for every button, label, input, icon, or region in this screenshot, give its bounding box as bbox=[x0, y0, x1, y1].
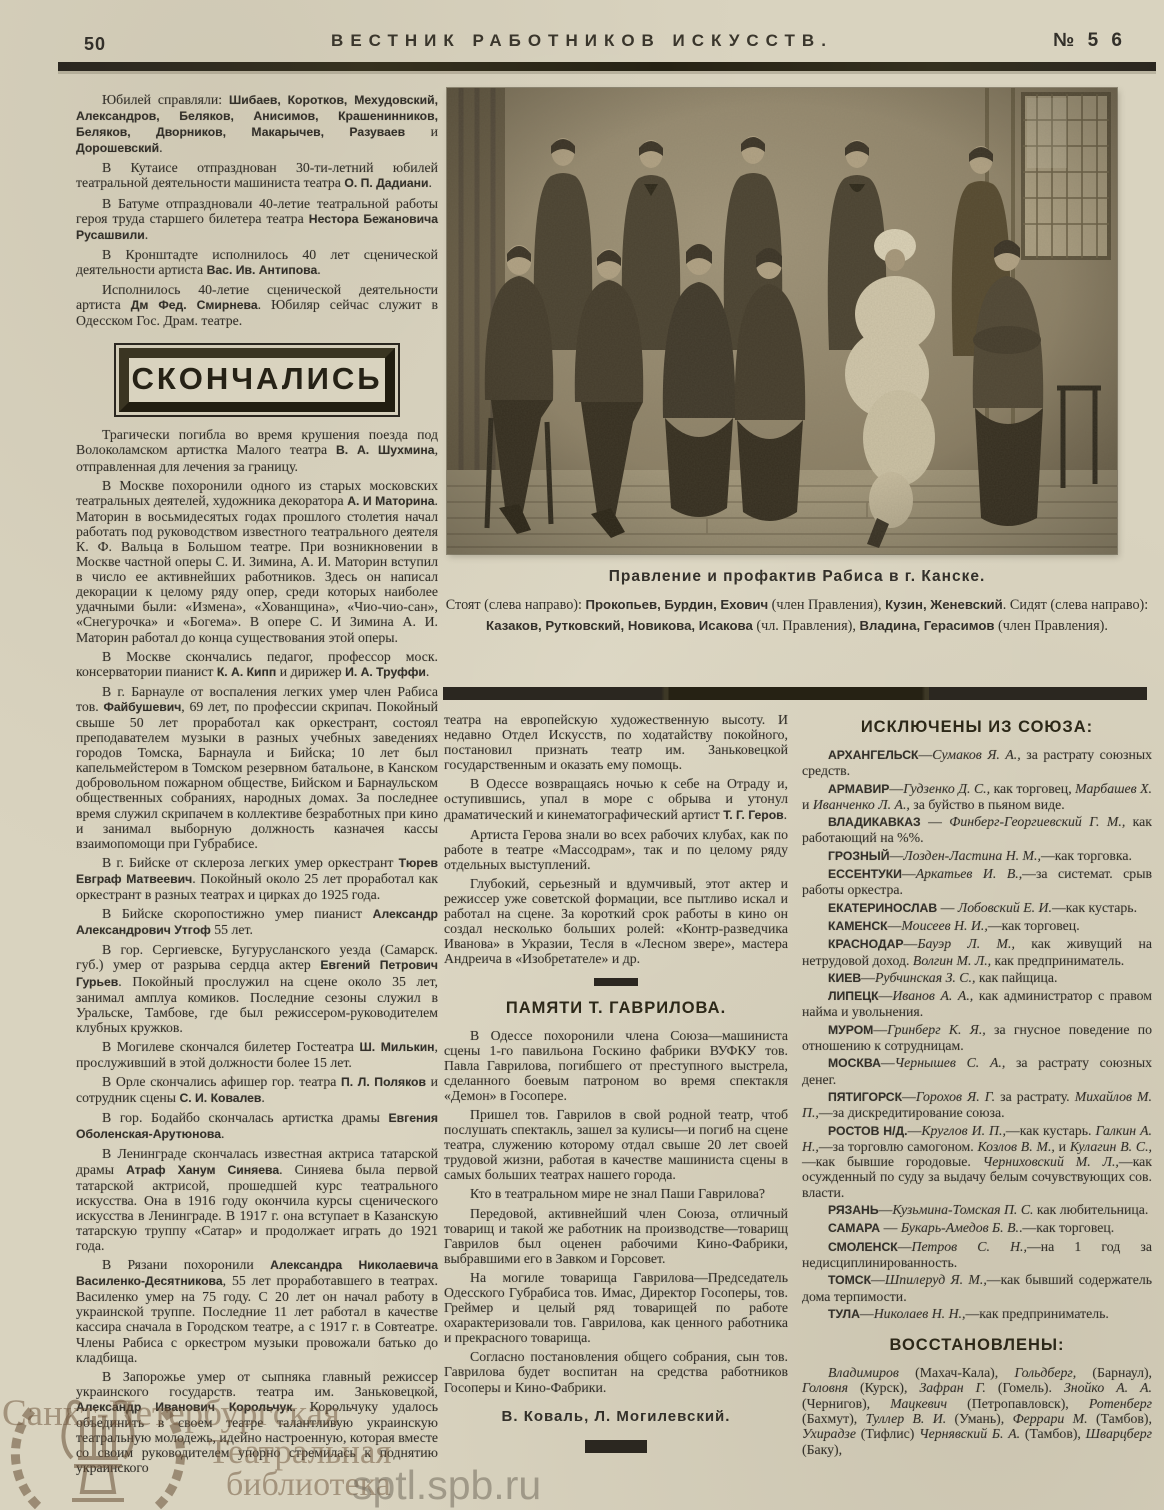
gerov-paragraph: Глубокий, серьезный и вдумчивый, этот ак… bbox=[444, 876, 788, 967]
person-name: Нестора Бежановича Русашвили bbox=[76, 212, 438, 242]
obituary-paragraph: В Ленинграде скончалась известная актрис… bbox=[76, 1146, 438, 1253]
person-name: Лобовский Е. И. bbox=[958, 900, 1052, 915]
excluded-entry: МОСКВА—Чернышев С. А., за растрату союзн… bbox=[802, 1055, 1152, 1087]
gerov-paragraph: Артиста Герова знали во всех рабочих клу… bbox=[444, 827, 788, 872]
person-name: Гольдберг, bbox=[1014, 1365, 1076, 1380]
person-name: Знойко А. А. bbox=[1064, 1380, 1152, 1395]
masthead-rule bbox=[58, 62, 1156, 71]
restored-list: Владимиров (Махач-Кала), Гольдберг, (Бар… bbox=[802, 1365, 1152, 1457]
person-name: Иванов А. А., bbox=[892, 988, 973, 1003]
excluded-entry: РОСТОВ Н/Д.—Круглов И. П.,—как кустарь. … bbox=[802, 1123, 1152, 1200]
person-name: ТУЛА bbox=[828, 1307, 860, 1321]
gavrilov-paragraph: Кто в театральном мире не знал Паши Гавр… bbox=[444, 1186, 788, 1201]
obituary-paragraph: В Москве скончались педагог, профессор м… bbox=[76, 649, 438, 680]
obituary-paragraph: В Могилеве скончался билетер Гостеатра Ш… bbox=[76, 1039, 438, 1070]
excluded-entry: ЕКАТЕРИНОСЛАВ — Лобовский Е. И.—как куст… bbox=[802, 900, 1152, 916]
person-name: Ухирадзе bbox=[802, 1426, 856, 1441]
person-name: Дм Фед. Смирнева bbox=[131, 298, 258, 312]
photo-caption-title: Правление и профактив Рабиса в г. Канске… bbox=[443, 568, 1151, 586]
person-name: П. Л. Поляков bbox=[341, 1075, 426, 1089]
obituary-paragraph: В Рязани похоронили Александра Николаеви… bbox=[76, 1257, 438, 1365]
person-name: Туллер В. И. bbox=[866, 1411, 947, 1426]
person-name: ЕССЕНТУКИ bbox=[828, 867, 902, 881]
person-name: Владимиров bbox=[828, 1365, 899, 1380]
person-name: КРАСНОДАР bbox=[828, 937, 904, 951]
person-name: Гудзенко Д. С., bbox=[903, 781, 990, 796]
person-name: К. А. Кипп bbox=[217, 665, 276, 679]
person-name: И. А. Труффи bbox=[345, 665, 426, 679]
photo-grain bbox=[447, 88, 1117, 554]
jubilee-paragraphs: Юбилей справляли: Шибаев, Коротков, Меху… bbox=[76, 92, 438, 328]
left-column: Юбилей справляли: Шибаев, Коротков, Меху… bbox=[76, 92, 438, 1479]
person-name: ЕКАТЕРИНОСЛАВ bbox=[828, 901, 937, 915]
person-name: Т. Г. Геров bbox=[723, 808, 783, 822]
person-name: Файбушевич bbox=[103, 700, 181, 714]
person-name: Моисеев Н. И., bbox=[901, 918, 987, 933]
person-name: РЯЗАНЬ bbox=[828, 1203, 879, 1217]
person-name: ВЛАДИКАВКАЗ bbox=[828, 815, 921, 829]
person-name: Александр Иванович Корольчук bbox=[76, 1400, 292, 1414]
jubilee-paragraph: В Кронштадте исполнилось 40 лет сценичес… bbox=[76, 247, 438, 278]
gavrilov-paragraph: Согласно постановления общего собрания, … bbox=[444, 1349, 788, 1394]
person-name: Владина, Герасимов bbox=[859, 618, 994, 633]
person-name: Вас. Ив. Антипова bbox=[207, 263, 318, 277]
person-name: МУРОМ bbox=[828, 1023, 873, 1037]
obituary-paragraph: В Бийске скоропостижно умер пианист Алек… bbox=[76, 906, 438, 938]
gerov-paragraphs: театра на европейскую художественную выс… bbox=[444, 712, 788, 967]
photo-caption: Правление и профактив Рабиса в г. Канске… bbox=[443, 568, 1151, 636]
excluded-entry: КРАСНОДАР—Бауэр Л. М., как живущий на не… bbox=[802, 936, 1152, 968]
excluded-entry: ЛИПЕЦК—Иванов А. А., как администратор с… bbox=[802, 988, 1152, 1020]
person-name: Волгин М. Л., bbox=[913, 953, 991, 968]
excluded-entries: АРХАНГЕЛЬСК—Сумаков Я. А., за растрату с… bbox=[802, 747, 1152, 1322]
excluded-entry: ГРОЗНЫЙ—Лозден-Ластина Н. М.,—как торгов… bbox=[802, 848, 1152, 864]
group-photo-illustration bbox=[447, 88, 1117, 554]
obituary-paragraph: В Москве похоронили одного из старых мос… bbox=[76, 478, 438, 645]
person-name: СМОЛЕНСК bbox=[828, 1240, 898, 1254]
person-name: Лозден-Ластина Н. М., bbox=[903, 848, 1041, 863]
person-name: Петров С. Н., bbox=[912, 1239, 1027, 1254]
person-name: Евгения Оболенская-Арутюнова bbox=[76, 1111, 438, 1141]
excluded-entry: ПЯТИГОРСК—Горохов Я. Г. за растрату. Мих… bbox=[802, 1089, 1152, 1121]
gavrilov-paragraphs: В Одессе похоронили члена Союза—машинист… bbox=[444, 1028, 788, 1395]
person-name: Головня bbox=[802, 1380, 848, 1395]
person-name: Козлов В. М., bbox=[978, 1139, 1055, 1154]
restored-header: ВОССТАНОВЛЕНЫ: bbox=[802, 1336, 1152, 1355]
person-name: Феррари М. bbox=[1013, 1411, 1088, 1426]
person-name: ПЯТИГОРСК bbox=[828, 1090, 902, 1104]
person-name: А. И Маторина bbox=[347, 494, 434, 508]
obituary-paragraph: В г. Бийске от склероза легких умер орке… bbox=[76, 855, 438, 902]
person-name: Зафран Г. bbox=[919, 1380, 985, 1395]
jubilee-paragraph: В Батуме отпраздновали 40-летие театраль… bbox=[76, 196, 438, 243]
excluded-header: ИСКЛЮЧЕНЫ ИЗ СОЮЗА: bbox=[802, 718, 1152, 737]
person-name: Евгений Петрович Гурьев bbox=[76, 958, 438, 988]
person-name: Круглов И. П., bbox=[921, 1123, 1006, 1138]
excluded-entry: АРХАНГЕЛЬСК—Сумаков Я. А., за растрату с… bbox=[802, 747, 1152, 779]
gavrilov-paragraph: Передовой, активнейший член Союза, отлич… bbox=[444, 1206, 788, 1266]
person-name: САМАРА bbox=[828, 1221, 880, 1235]
person-name: Прокопьев, Бурдин, Ехович bbox=[586, 597, 769, 612]
obituary-paragraphs: Трагически погибла во время крушения пое… bbox=[76, 427, 438, 1475]
person-name: Иванченко Л. А., bbox=[813, 797, 910, 812]
obituary-paragraph: Трагически погибла во время крушения пое… bbox=[76, 427, 438, 473]
person-name: Кулагин В. С., bbox=[1070, 1139, 1152, 1154]
person-name: Атраф Ханум Синяева bbox=[126, 1163, 279, 1177]
obituary-paragraph: В гор. Бодайбо скончалась артистка драмы… bbox=[76, 1110, 438, 1142]
excluded-entry: КАМЕНСК—Моисеев Н. И.,—как торговец. bbox=[802, 918, 1152, 934]
person-name: КАМЕНСК bbox=[828, 919, 888, 933]
gavrilov-header: ПАМЯТИ Т. ГАВРИЛОВА. bbox=[444, 999, 788, 1018]
person-name: Николаев Н. Н., bbox=[874, 1306, 966, 1321]
excluded-entry: КИЕВ—Рубчинская З. С., как пайщица. bbox=[802, 970, 1152, 986]
excluded-entry: ТУЛА—Николаев Н. Н.,—как предприниматель… bbox=[802, 1306, 1152, 1322]
person-name: Казаков, Рутковский, Новикова, Исакова bbox=[486, 618, 753, 633]
obituary-paragraph: В гор. Сергиевске, Бугурусланского уезда… bbox=[76, 942, 438, 1035]
person-name: Гринберг К. Я., bbox=[887, 1022, 986, 1037]
jubilee-paragraph: Юбилей справляли: Шибаев, Коротков, Меху… bbox=[76, 92, 438, 156]
person-name: Шварцберг bbox=[1086, 1426, 1152, 1441]
person-name: В. А. Шухмина bbox=[336, 443, 435, 457]
issue-number: № 5 6 bbox=[1053, 30, 1126, 52]
person-name: ГРОЗНЫЙ bbox=[828, 849, 890, 863]
article-signature: В. Коваль, Л. Могилевский. bbox=[444, 1408, 788, 1425]
person-name: Букарь-Амедов Б. В. bbox=[901, 1220, 1019, 1235]
gerov-paragraph: театра на европейскую художественную выс… bbox=[444, 712, 788, 772]
obituary-paragraph: В г. Барнауле от воспаления легких умер … bbox=[76, 684, 438, 851]
middle-column: театра на европейскую художественную выс… bbox=[444, 712, 788, 1453]
person-name: С. И. Ковалев bbox=[179, 1091, 261, 1105]
group-photo bbox=[447, 88, 1117, 554]
person-name: Марбашев Х. bbox=[1075, 781, 1152, 796]
gavrilov-paragraph: На могиле товарища Гаврилова—Председател… bbox=[444, 1270, 788, 1345]
person-name: ТОМСК bbox=[828, 1273, 871, 1287]
person-name: Черниховский М. Л., bbox=[983, 1154, 1119, 1169]
obituary-paragraph: В Запорожье умер от сыпняка главный режи… bbox=[76, 1369, 438, 1476]
person-name: АРМАВИР bbox=[828, 782, 889, 796]
scanned-newspaper-page: 50 ВЕСТНИК РАБОТНИКОВ ИСКУССТВ. № 5 6 Юб… bbox=[0, 0, 1164, 1510]
person-name: Тюрев Евграф Матвеевич bbox=[76, 856, 438, 886]
excluded-entry: ТОМСК—Шпилеруд Я. М.,—как бывший содержа… bbox=[802, 1272, 1152, 1304]
person-name: Сумаков Я. А., bbox=[932, 747, 1020, 762]
person-name: Ш. Милькин bbox=[360, 1040, 435, 1054]
gavrilov-paragraph: В Одессе похоронили члена Союза—машинист… bbox=[444, 1028, 788, 1103]
end-divider-bar bbox=[585, 1440, 647, 1453]
person-name: Чернявский Б. А. bbox=[919, 1426, 1020, 1441]
excluded-entry: АРМАВИР—Гудзенко Д. С., как торговец, Ма… bbox=[802, 781, 1152, 813]
mini-divider-bar bbox=[594, 978, 638, 986]
person-name: АРХАНГЕЛЬСК bbox=[828, 748, 918, 762]
person-name: Дорошевский bbox=[76, 141, 159, 155]
obituary-paragraph: В Орле скончались афишер гор. театра П. … bbox=[76, 1074, 438, 1106]
obituary-header-box: СКОНЧАЛИСЬ bbox=[119, 348, 395, 412]
excluded-entry: ЕССЕНТУКИ—Аркатьев И. В.,—за системат. с… bbox=[802, 866, 1152, 898]
jubilee-paragraph: В Кутаисе отпразднован 30-ти-летний юбил… bbox=[76, 160, 438, 191]
person-name: Ротенберг bbox=[1089, 1396, 1152, 1411]
jubilee-paragraph: Исполнилось 40-летие сценической деятель… bbox=[76, 282, 438, 328]
excluded-entry: ВЛАДИКАВКАЗ — Финберг-Георгиевский Г. М.… bbox=[802, 814, 1152, 846]
gavrilov-paragraph: Пришел тов. Гаврилов в свой родной театр… bbox=[444, 1107, 788, 1182]
excluded-entry: САМАРА — Букарь-Амедов Б. В..—как торгов… bbox=[802, 1220, 1152, 1236]
person-name: Финберг-Георгиевский Г. М., bbox=[949, 814, 1125, 829]
person-name: Горохов Я. Г. bbox=[916, 1089, 995, 1104]
excluded-entry: РЯЗАНЬ—Кузьмина-Томская П. С. как любите… bbox=[802, 1202, 1152, 1218]
person-name: Кузьмина-Томская П. С. bbox=[892, 1202, 1033, 1217]
right-column: ИСКЛЮЧЕНЫ ИЗ СОЮЗА: АРХАНГЕЛЬСК—Сумаков … bbox=[802, 710, 1152, 1459]
person-name: ЛИПЕЦК bbox=[828, 989, 879, 1003]
person-name: Аркатьев И. В., bbox=[916, 866, 1022, 881]
obituary-header: СКОНЧАЛИСЬ bbox=[131, 361, 382, 396]
person-name: МОСКВА bbox=[828, 1056, 881, 1070]
person-name: Мацкевич bbox=[890, 1396, 947, 1411]
photo-caption-body: Стоят (слева направо): Прокопьев, Бурдин… bbox=[443, 595, 1151, 636]
person-name: Бауэр Л. М., bbox=[917, 936, 1015, 951]
person-name: Александр Александрович Утгоф bbox=[76, 907, 438, 937]
newspaper-title: ВЕСТНИК РАБОТНИКОВ ИСКУССТВ. bbox=[0, 31, 1164, 51]
excluded-entry: СМОЛЕНСК—Петров С. Н.,—на 1 год за недис… bbox=[802, 1239, 1152, 1271]
gerov-paragraph: В Одессе возвращаясь ночью к себе на Отр… bbox=[444, 776, 788, 822]
person-name: Кузин, Женевский bbox=[885, 597, 1003, 612]
person-name: Рубчинская З. С., bbox=[875, 970, 975, 985]
section-divider-bar bbox=[443, 687, 1147, 700]
person-name: КИЕВ bbox=[828, 971, 861, 985]
person-name: Чернышев С. А., bbox=[895, 1055, 1006, 1070]
excluded-entry: МУРОМ—Гринберг К. Я., за гнусное поведен… bbox=[802, 1022, 1152, 1054]
person-name: Александра Николаевича Василенко-Десятни… bbox=[76, 1258, 438, 1288]
person-name: РОСТОВ Н/Д. bbox=[828, 1124, 908, 1138]
person-name: Шпилеруд Я. М., bbox=[885, 1272, 987, 1287]
person-name: Шибаев, Коротков, Мехудовский, Александр… bbox=[76, 93, 438, 139]
person-name: О. П. Дадиани bbox=[344, 176, 428, 190]
